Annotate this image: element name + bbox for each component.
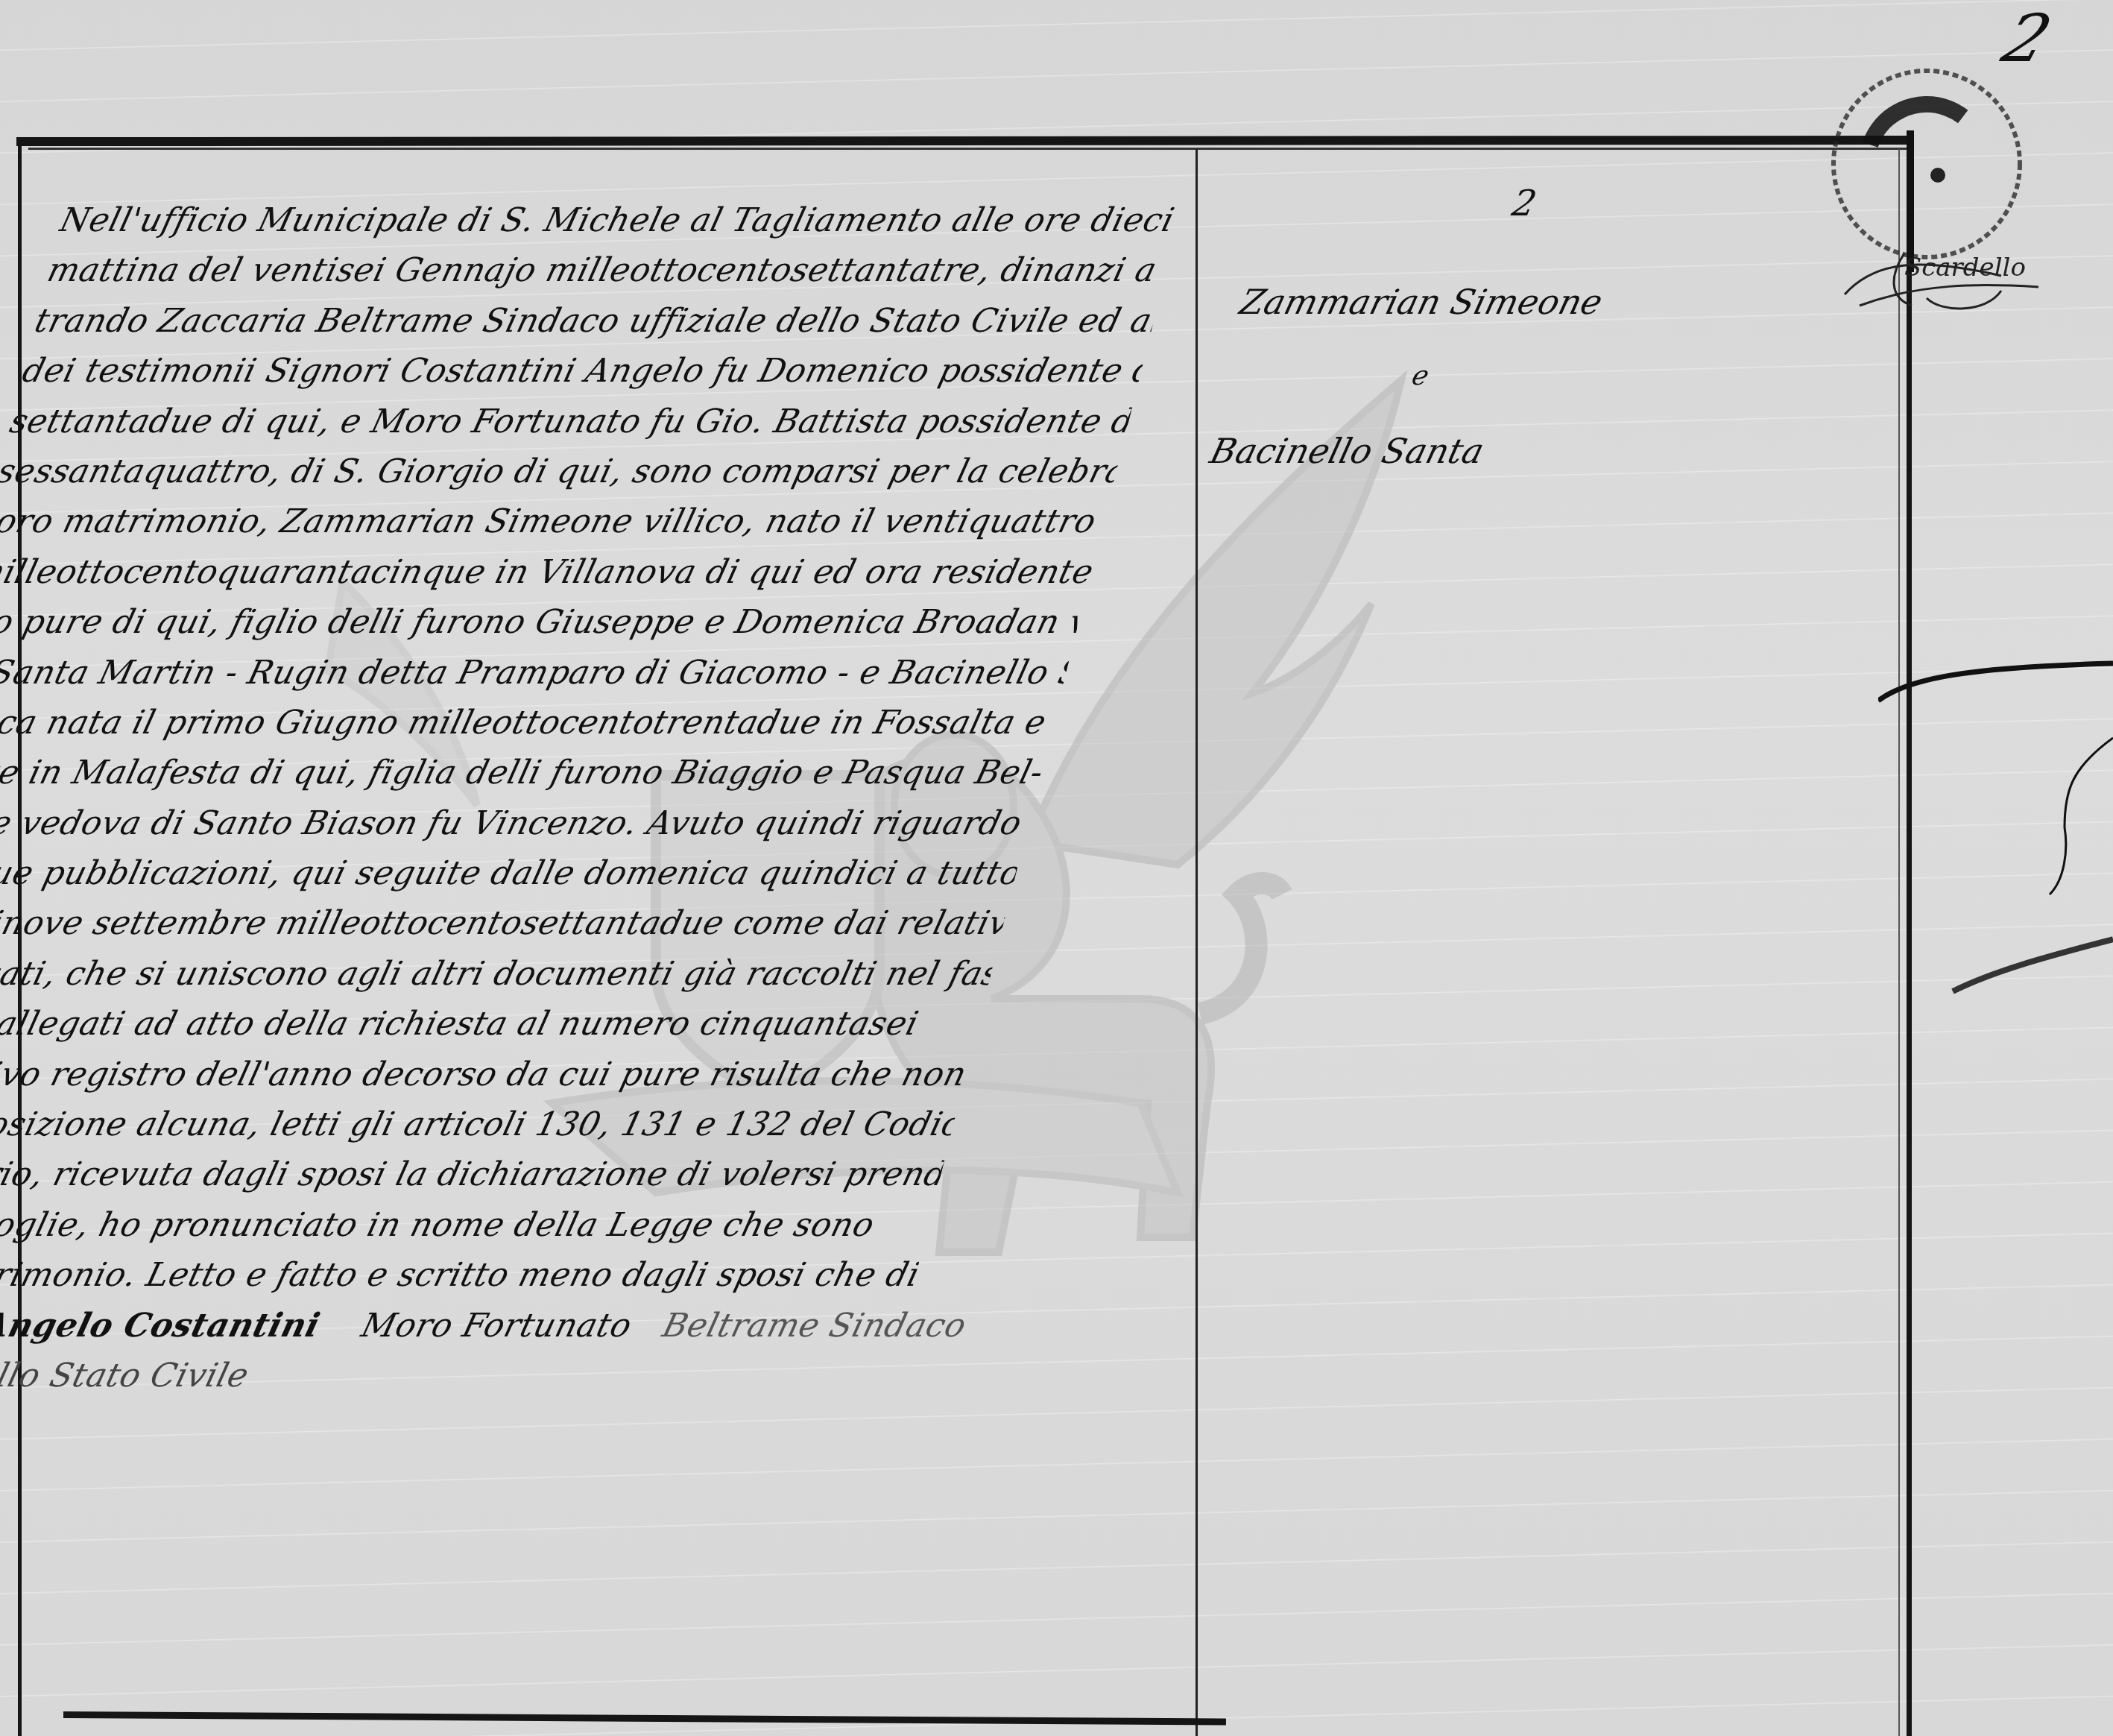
column-divider-rule [1196,149,1198,1736]
margin-pen-marks [1878,656,2113,1014]
record-line: il ventinove settembre milleottocentoset… [0,898,1010,948]
official-signature-flourish: Scardello [1830,231,2053,321]
mayor-signature: Beltrame Sindaco [659,1307,970,1345]
record-line: loro matrimonio, Zammarian Simeone villi… [0,496,1110,546]
record-line: Certificati, che si uniscono agli altri … [0,949,997,999]
record-line: uniti in matrimonio. Letto e fatto e scr… [0,1250,922,1300]
record-line: dente in Malafesta di qui, figlia delli … [0,748,1047,798]
record-line: del relativo registro dell'anno decorso … [0,1050,972,1099]
record-line: sessantaquattro, di S. Giorgio di qui, s… [0,446,1122,496]
record-line: villica nata il primo Giugno milleottoce… [0,698,1060,748]
record-line: di Santa Martin - Rugin detta Pramparo d… [0,648,1073,698]
record-line: Civile patrio, ricevuta dagli sposi la d… [0,1149,947,1199]
margin-conjunction: e [1213,339,1679,414]
record-line: lo degli allegati ad atto della richiest… [0,999,985,1049]
record-line: settantadue di qui, e Moro Fortunato fu … [4,397,1135,446]
record-line: mattina del ventisei Gennajo milleottoce… [42,245,1172,295]
record-line: gio pure di qui, figlio delli furono Giu… [0,597,1085,647]
bride-name: Bacinello Santa [1195,414,1661,488]
witness-2-signature: Moro Fortunato [358,1307,636,1345]
groom-name: Zammarian Simeone [1231,265,1697,339]
margin-entry: Zammarian Simeone e Bacinello Santa [1195,265,1698,488]
record-line: marito e moglie, ho pronunciato in nome … [0,1200,935,1250]
record-line: Nell'ufficio Municipale di S. Michele al… [54,195,1185,245]
record-line: milleottocentoquarantacinque in Villanov… [0,547,1097,597]
witness-1-signature: Angelo Costantini [0,1307,324,1345]
record-line: fatta opposizione alcuna, letti gli arti… [0,1099,960,1149]
record-line: alle due pubblicazioni, qui seguite dall… [0,848,1023,898]
record-line: trame vedova di Santo Biason fu Vincenzo… [0,798,1035,848]
signature-line: illetterati – Angelo Costantini Moro For… [0,1301,909,1351]
top-frame-rule [16,136,1913,146]
svg-text:Scardello: Scardello [1904,253,2026,283]
official-title-line: Officiale dello Stato Civile [0,1351,897,1401]
top-frame-rule-thin [28,148,1910,150]
record-line: dei testimonii Signori Costantini Angelo… [17,346,1148,396]
record-line: trando Zaccaria Beltrame Sindaco uffizia… [30,296,1160,346]
